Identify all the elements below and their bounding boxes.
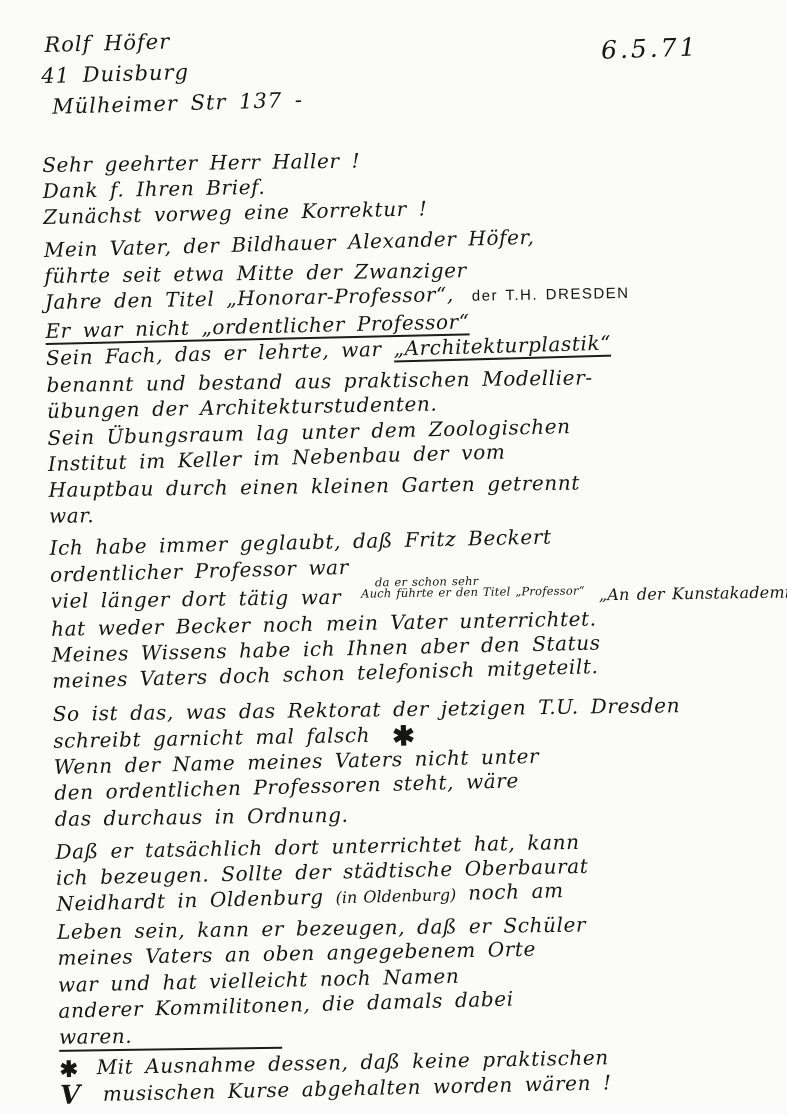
underlined-last-word: waren. [59, 1023, 283, 1052]
sender-street: Mülheimer Str 137 - [52, 85, 304, 123]
line-text: Neidhardt in Oldenburg [56, 885, 324, 916]
letter-page: Rolf Höfer 41 Duisburg Mülheimer Str 137… [0, 0, 787, 1115]
underlined-subject: „Architekturplastik“ [393, 332, 611, 363]
check-mark-icon: V [60, 1083, 81, 1110]
parenthetical: (in Oldenburg) [335, 885, 456, 907]
insertion-bottom: Auch führte er den Titel „Professor“ [361, 585, 585, 599]
letter-body: Sehr geehrter Herr Haller ! Dank f. Ihre… [42, 138, 784, 1108]
asterisk-icon: ✱ [59, 1057, 79, 1084]
interline-insertion: da er schon sehr Auch führte er den Tite… [361, 574, 585, 599]
letter-date: 6.5.71 [601, 32, 699, 64]
line-text: viel länger dort tätig war [50, 585, 341, 613]
institution-caps: der T.H. DRESDEN [472, 285, 630, 305]
line-tail: „An der Kunstakademie [599, 582, 787, 604]
sender-block: Rolf Höfer 41 Duisburg Mülheimer Str 137… [44, 23, 303, 123]
line-tail: noch am [468, 878, 564, 905]
